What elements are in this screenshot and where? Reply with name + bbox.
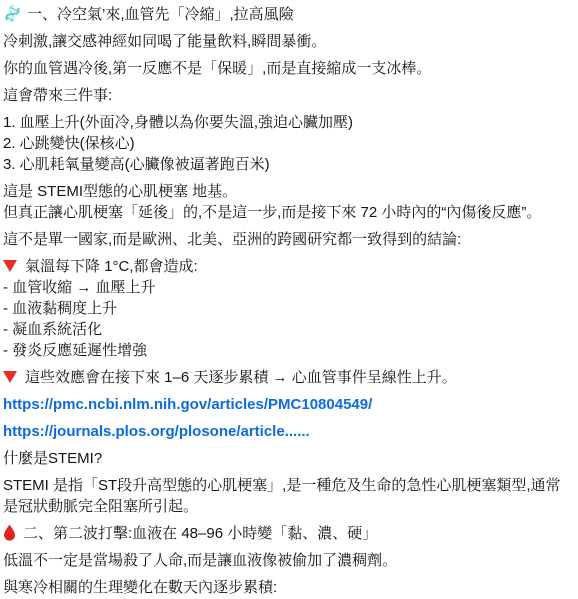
p-per-degree-effects: 氣溫每下降 1°C,都會造成: - 血管收縮 → 血壓上升 - 血液黏稠度上升 … (3, 256, 575, 361)
p-cold-stimulus-text: 冷刺激,讓交感神經如同喝了能量飲料,瞬間暴衝。 (3, 33, 326, 50)
numbered-effects-text: 1. 血壓上升(外面冷,身體以為你要失溫,強迫心臟加壓) 2. 心跳變快(保核心… (3, 114, 353, 173)
p-thickener: 低溫不一定是當場殺了人命,而是讓血液像被偷加了濃稠劑。 (3, 550, 575, 571)
p-thickener-text: 低溫不一定是當場殺了人命,而是讓血液像被偷加了濃稠劑。 (3, 552, 397, 569)
p-cumulative: 這些效應會在接下來 1–6 天逐步累積 → 心血管事件呈線性上升。 (3, 367, 575, 388)
p-three-things-text: 這會帶來三件事: (3, 87, 112, 104)
p-stemi-definition: STEMI 是指「ST段升高型態的心肌梗塞」,是一種危及生命的急性心肌梗塞類型,… (3, 475, 575, 517)
p-consensus: 這不是單一國家,而是歐洲、北美、亞洲的跨國研究都一致得到的結論: (3, 229, 575, 250)
p-link-plos: https://journals.plos.org/plosone/articl… (3, 421, 575, 442)
p-stemi-base: 這是 STEMI型態的心肌梗塞 地基。 但真正讓心肌梗塞「延後」的,不是這一步,… (3, 181, 575, 223)
p-accumulate: 與寒冷相關的生理變化在數天內逐步累積: (3, 577, 575, 598)
dna-icon (0, 2, 24, 26)
blood-drop-icon (3, 524, 16, 541)
pmc-article-link[interactable]: https://pmc.ncbi.nlm.nih.gov/articles/PM… (3, 396, 372, 413)
section2-heading: 二、第二波打擊:血液在 48–96 小時變「黏、濃、硬」 (3, 523, 575, 544)
p-cold-stimulus: 冷刺激,讓交感神經如同喝了能量飲料,瞬間暴衝。 (3, 31, 575, 52)
section2-heading-text: 二、第二波打擊:血液在 48–96 小時變「黏、濃、硬」 (23, 525, 377, 542)
section1-heading: 一、冷空氣’來,血管先「冷縮」,拉高風險 (3, 4, 575, 25)
p-link-pmc: https://pmc.ncbi.nlm.nih.gov/articles/PM… (3, 394, 575, 415)
red-triangle-down-icon (3, 260, 17, 272)
per-degree-effects-text: 氣溫每下降 1°C,都會造成: - 血管收縮 → 血壓上升 - 血液黏稠度上升 … (3, 258, 198, 359)
p-three-things: 這會帶來三件事: (3, 85, 575, 106)
p-accumulate-text: 與寒冷相關的生理變化在數天內逐步累積: (3, 579, 277, 596)
section1-heading-text: 一、冷空氣’來,血管先「冷縮」,拉高風險 (27, 6, 294, 23)
p-question-stemi: 什麼是STEMI? (3, 448, 575, 469)
p-consensus-text: 這不是單一國家,而是歐洲、北美、亞洲的跨國研究都一致得到的結論: (3, 231, 461, 248)
numbered-effects-list: 1. 血壓上升(外面冷,身體以為你要失溫,強迫心臟加壓) 2. 心跳變快(保核心… (3, 112, 575, 175)
p-vessel-reaction-text: 你的血管遇冷後,第一反應不是「保暖」,而是直接縮成一支冰棒。 (3, 60, 431, 77)
p-question-stemi-text: 什麼是STEMI? (3, 450, 102, 467)
p-stemi-definition-text: STEMI 是指「ST段升高型態的心肌梗塞」,是一種危及生命的急性心肌梗塞類型,… (3, 477, 561, 515)
article-body: 一、冷空氣’來,血管先「冷縮」,拉高風險 冷刺激,讓交感神經如同喝了能量飲料,瞬… (0, 0, 578, 598)
p-cumulative-text: 這些效應會在接下來 1–6 天逐步累積 → 心血管事件呈線性上升。 (25, 369, 457, 386)
plos-article-link[interactable]: https://journals.plos.org/plosone/articl… (3, 423, 310, 440)
p-vessel-reaction: 你的血管遇冷後,第一反應不是「保暖」,而是直接縮成一支冰棒。 (3, 58, 575, 79)
p-stemi-base-text: 這是 STEMI型態的心肌梗塞 地基。 但真正讓心肌梗塞「延後」的,不是這一步,… (3, 183, 541, 221)
red-triangle-down-icon (3, 371, 17, 383)
